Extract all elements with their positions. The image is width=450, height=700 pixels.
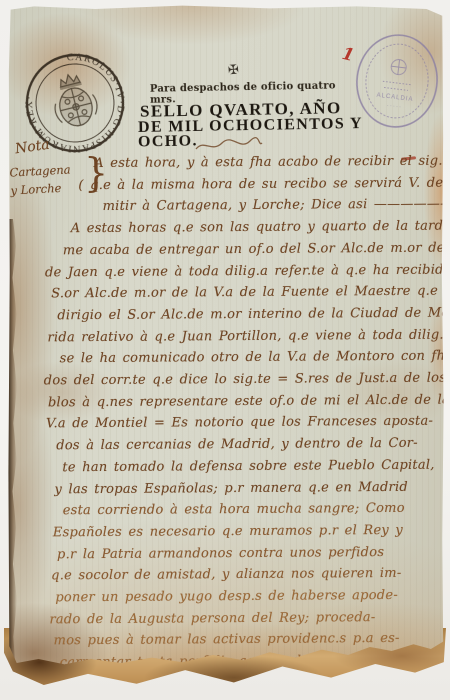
manuscript-line: mitir à Cartagena, y Lorche; Dice asi ——… bbox=[102, 194, 440, 218]
manuscript-line: ( q.e à la misma hora de su recibo se se… bbox=[78, 172, 440, 196]
manuscript-line: rida relativo à q.e Juan Portillon, q.e … bbox=[47, 324, 441, 348]
manuscript-line: blos à q.nes representare este of.o de m… bbox=[48, 389, 442, 413]
binding-edge bbox=[8, 219, 17, 673]
manuscript-line: poner un pesado yugo desp.s de haberse a… bbox=[55, 585, 443, 609]
manuscript-line: A esta hora, y à esta fha acabo de recib… bbox=[94, 151, 440, 175]
manuscript-line: A estas horas q.e son las quatro y quart… bbox=[71, 216, 441, 240]
archive-stamp-crest-icon bbox=[382, 58, 413, 91]
manuscript-line: p.r la Patria armandonos contra unos per… bbox=[57, 541, 443, 565]
red-ink-number: 1 bbox=[340, 44, 356, 66]
manuscript-line: mos pues à tomar las activas providenc.s… bbox=[54, 628, 444, 652]
manuscript-line: Españoles es necesario q.e muramos p.r e… bbox=[53, 520, 443, 544]
document-page: ✠ Para despachos de oficio quatro mrs. S… bbox=[8, 5, 444, 673]
photo-background: ✠ Para despachos de oficio quatro mrs. S… bbox=[0, 0, 450, 700]
manuscript-line: dirigio el S.or Alc.de m.or interino de … bbox=[57, 303, 441, 327]
coat-of-arms-icon bbox=[48, 70, 101, 131]
manuscript-line: se le ha comunicado otro de la V.a de Mo… bbox=[60, 346, 442, 370]
printer-cross-icon: ✠ bbox=[227, 63, 239, 79]
manuscript-line: q.e socolor de amistad, y alianza nos qu… bbox=[51, 563, 443, 587]
manuscript-line: esta corriendo à esta hora mucha sangre;… bbox=[63, 498, 443, 522]
manuscript-line: me acaba de entregar un of.o del S.or Al… bbox=[63, 237, 441, 261]
archive-stamp-dots: · · · · · bbox=[387, 103, 402, 111]
manuscript-lines: A esta hora, y à esta fha acabo de recib… bbox=[36, 151, 444, 675]
manuscript-line: y las tropas Españolas; p.r manera q.e e… bbox=[54, 476, 442, 500]
archive-stamp: ALCALDIA · · · · · bbox=[347, 26, 447, 136]
archive-stamp-label: ALCALDIA bbox=[376, 93, 413, 103]
manuscript-line: dos à las cercanias de Madrid, y dentro … bbox=[56, 433, 442, 457]
manuscript-line: rado de la Augusta persona del Rey; proc… bbox=[49, 606, 443, 630]
manuscript-line: S.or Alc.de m.or de la V.a de la Fuente … bbox=[51, 281, 441, 305]
manuscript-line: te han tomado la defensa sobre este Pueb… bbox=[62, 454, 442, 478]
manuscript-line: V.a de Montiel = Es notorio que los Fran… bbox=[46, 411, 442, 435]
seal-title-line3: OCHO. bbox=[138, 132, 198, 151]
manuscript-line: dos del corr.te q.e dice lo sig.te = S.r… bbox=[44, 368, 442, 392]
manuscript-line: de Jaen q.e viene à toda dilig.a refer.t… bbox=[45, 259, 441, 283]
